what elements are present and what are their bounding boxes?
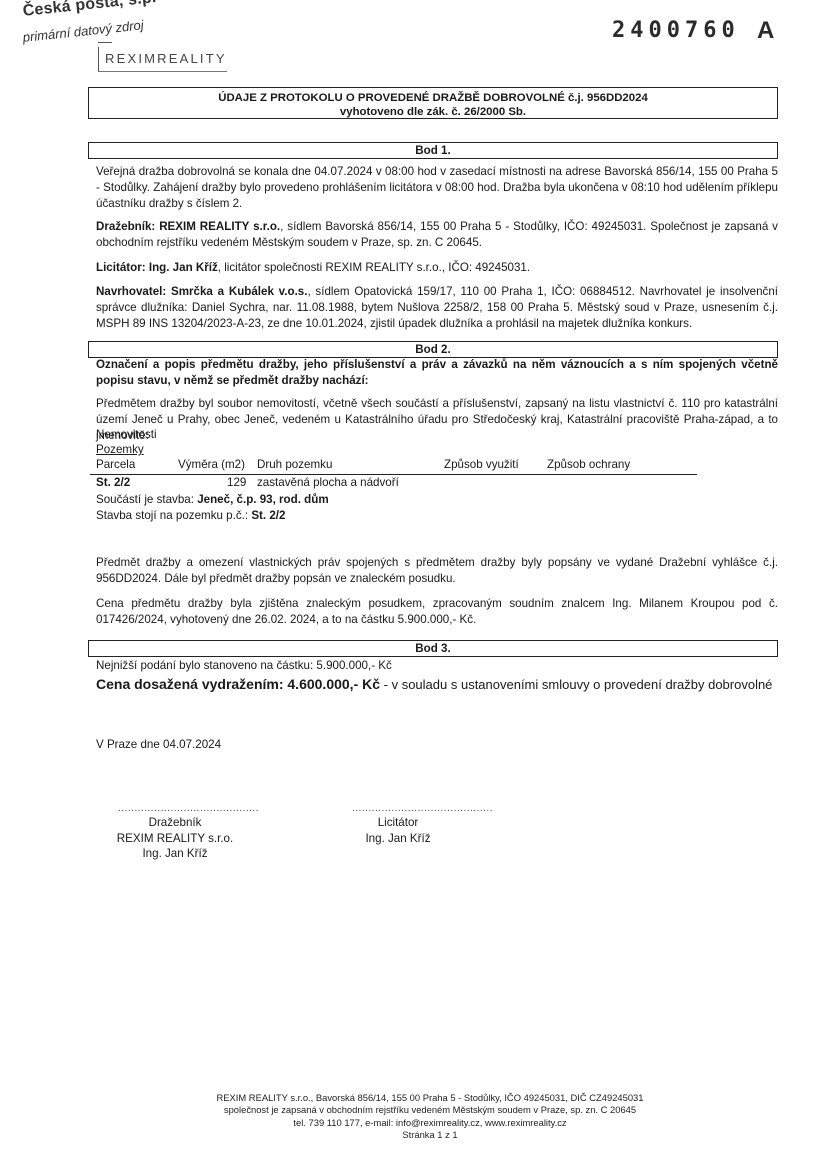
column-header: Výměra (m2)	[178, 458, 245, 471]
column-header: Způsob využití	[444, 458, 519, 471]
signature-role: Dražebník	[100, 815, 250, 831]
bod2-paragraph: Předmětem dražby byl soubor nemovitostí,…	[96, 396, 778, 445]
licitator-text: , licitátor společnosti REXIM REALITY s.…	[218, 261, 530, 274]
licitator-label: Licitátor:	[96, 261, 146, 274]
table-cell-druh: zastavěná plocha a nádvoří	[257, 476, 399, 489]
document-title: ÚDAJE Z PROTOKOLU O PROVEDENÉ DRAŽBĚ DOB…	[89, 91, 777, 105]
bod2-intro: Označení a popis předmětu dražby, jeho p…	[96, 357, 778, 389]
navrhovatel-text-b: , zjistil úpadek dlužníka a prohlásil na…	[364, 317, 693, 330]
footer-registry-line: společnost je zapsaná v obchodním rejstř…	[160, 1104, 700, 1116]
parcel-table-header: Parcela Výměra (m2) Druh pozemku Způsob …	[0, 458, 821, 474]
footer-contact-line: tel. 739 110 177, e-mail: info@reximreal…	[160, 1117, 700, 1129]
signature-company: REXIM REALITY s.r.o.	[100, 831, 250, 847]
navrhovatel-paragraph: Navrhovatel: Smrčka a Kubálek v.o.s., sí…	[96, 284, 778, 333]
drazebnik-paragraph: Dražebník: REXIM REALITY s.r.o., sídlem …	[96, 219, 778, 251]
column-header: Druh pozemku	[257, 458, 332, 471]
licitator-paragraph: Licitátor: Ing. Jan Kříž, licitátor spol…	[96, 260, 778, 276]
navrhovatel-name: Smrčka a Kubálek v.o.s.	[171, 285, 307, 298]
company-logo: REXIMREALITY	[98, 47, 227, 72]
pozemky-label: Pozemky	[96, 442, 144, 458]
final-price-line: Cena dosažená vydražením: 4.600.000,- Kč…	[96, 676, 772, 692]
navrhovatel-date: 10.01.2024	[305, 317, 363, 330]
document-number-mark: A	[757, 17, 774, 45]
section-heading-bod1: Bod 1.	[88, 142, 778, 159]
lowest-bid: Nejnižší podání bylo stanoveno na částku…	[96, 658, 392, 674]
soucasti-value: Jeneč, č.p. 93, rod. dům	[197, 493, 328, 506]
section-heading-bod3: Bod 3.	[88, 640, 778, 657]
soucasti-label: Součástí je stavba:	[96, 493, 194, 506]
document-number: 2400760	[612, 18, 740, 43]
footer-company-line: REXIM REALITY s.r.o., Bavorská 856/14, 1…	[160, 1092, 700, 1104]
signature-line-left: ........................................…	[118, 803, 259, 814]
nemovitosti-label: Nemovitosti	[96, 427, 157, 443]
soucasti-line: Součástí je stavba: Jeneč, č.p. 93, rod.…	[96, 492, 329, 508]
bod2-paragraph-3: Cena předmětu dražby byla zjištěna znale…	[96, 596, 778, 628]
signature-licitator: Licitátor Ing. Jan Kříž	[323, 815, 473, 846]
column-header: Způsob ochrany	[547, 458, 630, 471]
navrhovatel-label: Navrhovatel:	[96, 285, 166, 298]
bod2-paragraph-2: Předmět dražby a omezení vlastnických pr…	[96, 555, 778, 587]
stavba-label: Stavba stojí na pozemku p.č.:	[96, 509, 248, 522]
table-row: St. 2/2 129 zastavěná plocha a nádvoří	[0, 476, 821, 492]
drazebnik-label: Dražebník:	[96, 220, 155, 233]
section-heading-bod2: Bod 2.	[88, 341, 778, 358]
page-footer: REXIM REALITY s.r.o., Bavorská 856/14, 1…	[160, 1092, 700, 1141]
document-subtitle: vyhotoveno dle zák. č. 26/2000 Sb.	[89, 105, 777, 119]
document-title-box: ÚDAJE Z PROTOKOLU O PROVEDENÉ DRAŽBĚ DOB…	[88, 87, 778, 119]
stamp-subtitle: primární datový zdroj	[22, 17, 144, 45]
table-divider	[90, 474, 697, 475]
signature-name: Ing. Jan Kříž	[100, 846, 250, 862]
table-cell-parcela: St. 2/2	[96, 476, 130, 489]
signature-role: Licitátor	[323, 815, 473, 831]
signature-drazebnik: Dražebník REXIM REALITY s.r.o. Ing. Jan …	[100, 815, 250, 862]
stavba-value: St. 2/2	[251, 509, 285, 522]
table-cell-vymera: 129	[227, 476, 246, 489]
licitator-name: Ing. Jan Kříž	[149, 261, 218, 274]
final-price-text: - v souladu s ustanoveními smlouvy o pro…	[380, 677, 772, 692]
drazebnik-name: REXIM REALITY s.r.o.	[159, 220, 280, 233]
place-date: V Praze dne 04.07.2024	[96, 737, 221, 753]
signature-line-right: ........................................…	[352, 803, 493, 814]
page-number: Stránka 1 z 1	[160, 1129, 700, 1141]
column-header: Parcela	[96, 458, 135, 471]
signature-name: Ing. Jan Kříž	[323, 831, 473, 847]
final-price: Cena dosažená vydražením: 4.600.000,- Kč	[96, 676, 380, 692]
stavba-line: Stavba stojí na pozemku p.č.: St. 2/2	[96, 508, 285, 524]
bod1-paragraph: Veřejná dražba dobrovolná se konala dne …	[96, 164, 778, 213]
